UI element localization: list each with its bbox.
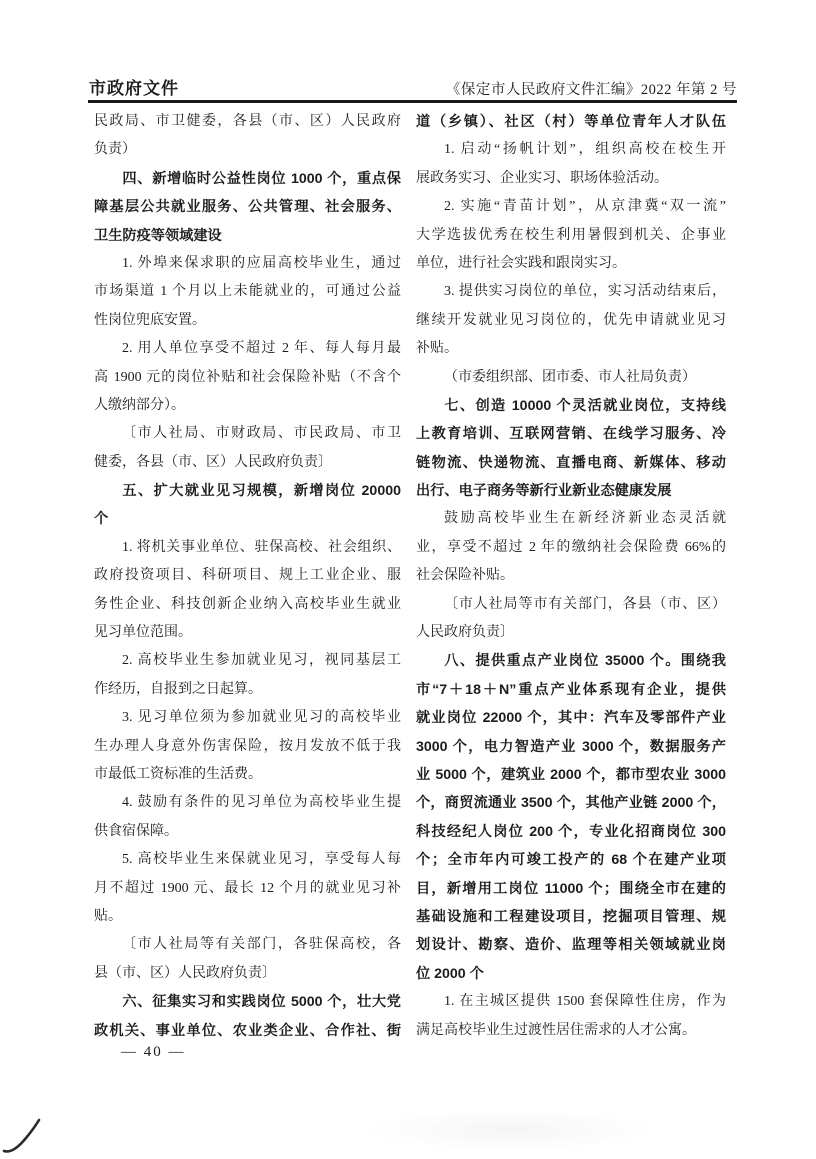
text-line: 业 5000 个，建筑业 2000 个，都市型农业 3000: [416, 761, 726, 789]
text-line: 六、征集实习和实践岗位 5000 个，壮大党: [94, 988, 401, 1016]
text-line: 3000 个，电力智造产业 3000 个，数据服务产: [416, 733, 726, 761]
text-line: 出行、电子商务等新行业新业态健康发展: [416, 477, 726, 505]
text-line: 贴。: [94, 903, 401, 931]
text-line: 5. 高校毕业生来保就业见习，享受每人每: [94, 846, 401, 874]
scan-smudge: [360, 1108, 660, 1152]
text-line: 基础设施和工程建设项目，挖掘项目管理、规: [416, 903, 726, 931]
text-line: 卫生防疫等领域建设: [94, 222, 401, 250]
text-line: 月不超过 1900 元、最长 12 个月的就业见习补: [94, 875, 401, 903]
text-line: 政机关、事业单位、农业类企业、合作社、街: [94, 1017, 401, 1045]
left-column: 民政局、市卫健委，各县（市、区）人民政府负责）四、新增临时公益性岗位 1000 …: [94, 108, 401, 1045]
text-line: 健委，各县（市、区）人民政府负责〕: [94, 449, 401, 477]
text-line: 见习单位范围。: [94, 619, 401, 647]
text-line: 2. 实施“青苗计划”，从京津冀“双一流”: [416, 193, 726, 221]
text-line: 〔市人社局等有关部门，各驻保高校，各: [94, 931, 401, 959]
text-line: 鼓励高校毕业生在新经济新业态灵活就: [416, 505, 726, 533]
page-number: — 40 —: [121, 1044, 186, 1061]
text-line: 单位，进行社会实践和跟岗实习。: [416, 250, 726, 278]
text-line: 链物流、快递物流、直播电商、新媒体、移动: [416, 449, 726, 477]
text-line: 市最低工资标准的生活费。: [94, 761, 401, 789]
text-line: 障基层公共就业服务、公共管理、社会服务、: [94, 193, 401, 221]
text-line: 负责）: [94, 136, 401, 164]
text-line: 1. 在主城区提供 1500 套保障性住房，作为: [416, 988, 726, 1016]
text-line: 4. 鼓励有条件的见习单位为高校毕业生提: [94, 789, 401, 817]
text-line: 上教育培训、互联网营销、在线学习服务、冷: [416, 420, 726, 448]
text-line: 性岗位兜底安置。: [94, 307, 401, 335]
text-line: 五、扩大就业见习规模，新增岗位 20000: [94, 477, 401, 505]
text-line: 作经历，自报到之日起算。: [94, 676, 401, 704]
text-line: 2. 高校毕业生参加就业见习，视同基层工: [94, 647, 401, 675]
text-line: 市“7＋18＋N”重点产业体系现有企业，提供: [416, 676, 726, 704]
pen-mark-icon: [2, 1116, 46, 1156]
text-line: 继续开发就业见习岗位的，优先申请就业见习: [416, 307, 726, 335]
text-line: 1. 将机关事业单位、驻保高校、社会组织、: [94, 534, 401, 562]
text-line: 展政务实习、企业实习、职场体验活动。: [416, 165, 726, 193]
text-line: 七、创造 10000 个灵活就业岗位，支持线: [416, 392, 726, 420]
text-line: 补贴。: [416, 335, 726, 363]
text-line: 人民政府负责〕: [416, 619, 726, 647]
text-line: （市委组织部、团市委、市人社局负责）: [416, 364, 726, 392]
text-line: 民政局、市卫健委，各县（市、区）人民政府: [94, 108, 401, 136]
header-left-title: 市政府文件: [89, 74, 179, 99]
text-line: 八、提供重点产业岗位 35000 个。围绕我: [416, 647, 726, 675]
text-line: 〔市人社局等市有关部门，各县（市、区）: [416, 591, 726, 619]
text-line: 务性企业、科技创新企业纳入高校毕业生就业: [94, 591, 401, 619]
text-line: 人缴纳部分）。: [94, 392, 401, 420]
text-line: 2. 用人单位享受不超过 2 年、每人每月最: [94, 335, 401, 363]
text-line: 大学选拔优秀在校生利用暑假到机关、企事业: [416, 222, 726, 250]
text-line: 供食宿保障。: [94, 818, 401, 846]
text-line: 位 2000 个: [416, 960, 726, 988]
text-line: 满足高校毕业生过渡性居住需求的人才公寓。: [416, 1017, 726, 1045]
right-column: 道（乡镇）、社区（村）等单位青年人才队伍1. 启动“扬帆计划”，组织高校在校生开…: [416, 108, 726, 1045]
page-header: 市政府文件 《保定市人民政府文件汇编》2022 年第 2 号: [89, 74, 737, 99]
text-line: 社会保险补贴。: [416, 562, 726, 590]
text-line: 县（市、区）人民政府负责〕: [94, 960, 401, 988]
text-line: 个；全市年内可竣工投产的 68 个在建产业项: [416, 846, 726, 874]
text-line: 〔市人社局、市财政局、市民政局、市卫: [94, 420, 401, 448]
text-line: 3. 提供实习岗位的单位，实习活动结束后，: [416, 278, 726, 306]
text-line: 1. 外埠来保求职的应届高校毕业生，通过: [94, 250, 401, 278]
text-line: 生办理人身意外伤害保险，按月发放不低于我: [94, 733, 401, 761]
text-line: 市场渠道 1 个月以上未能就业的，可通过公益: [94, 278, 401, 306]
text-line: 四、新增临时公益性岗位 1000 个，重点保: [94, 165, 401, 193]
text-line: 科技经纪人岗位 200 个，专业化招商岗位 300: [416, 818, 726, 846]
text-line: 政府投资项目、科研项目、规上工业企业、服: [94, 562, 401, 590]
text-line: 3. 见习单位须为参加就业见习的高校毕业: [94, 704, 401, 732]
text-line: 目，新增用工岗位 11000 个；围绕全市在建的: [416, 875, 726, 903]
text-line: 划设计、勘察、造价、监理等相关领域就业岗: [416, 931, 726, 959]
text-line: 个: [94, 505, 401, 533]
text-line: 业，享受不超过 2 年的缴纳社会保险费 66%的: [416, 534, 726, 562]
text-line: 道（乡镇）、社区（村）等单位青年人才队伍: [416, 108, 726, 136]
text-line: 1. 启动“扬帆计划”，组织高校在校生开: [416, 136, 726, 164]
header-rule: [88, 100, 737, 103]
header-right-title: 《保定市人民政府文件汇编》2022 年第 2 号: [446, 78, 737, 99]
document-page: 市政府文件 《保定市人民政府文件汇编》2022 年第 2 号 民政局、市卫健委，…: [0, 0, 816, 1159]
text-line: 就业岗位 22000 个，其中：汽车及零部件产业: [416, 704, 726, 732]
text-line: 个，商贸流通业 3500 个，其他产业链 2000 个，: [416, 789, 726, 817]
text-line: 高 1900 元的岗位补贴和社会保险补贴（不含个: [94, 364, 401, 392]
